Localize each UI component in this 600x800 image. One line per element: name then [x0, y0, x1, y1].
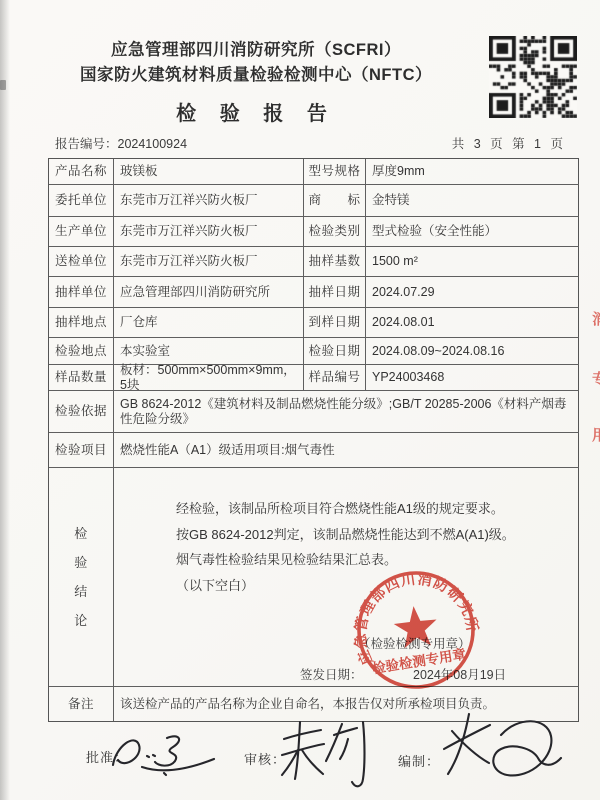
label-sampling-unit: 抽样单位	[49, 277, 114, 308]
report-table: 产品名称 玻镁板 型号规格 厚度9mm 委托单位 东莞市万江祥兴防火板厂 商 标…	[48, 158, 579, 722]
label-sample-number: 样品编号	[304, 365, 366, 391]
conclusion-char: 论	[74, 613, 88, 628]
value-product-name: 玻镁板	[114, 159, 304, 185]
official-seal-stamp: 应急管理部四川消防研究所 检验检测专用章	[346, 560, 486, 700]
report-page: 应急管理部四川消防研究所（SCFRI） 国家防火建筑材料质量检验检测中心（NFT…	[0, 0, 600, 800]
edge-seal-fragment: 消	[592, 308, 600, 329]
value-arrival-date: 2024.08.01	[366, 308, 579, 338]
label-trademark: 商 标	[304, 185, 366, 217]
conclusion-char: 验	[74, 555, 88, 570]
approve-signature	[104, 724, 222, 782]
report-header: 应急管理部四川消防研究所（SCFRI） 国家防火建筑材料质量检验检测中心（NFT…	[28, 38, 484, 126]
scan-edge-artifact	[0, 0, 10, 800]
value-inspection-type: 型式检验（安全性能）	[366, 217, 579, 247]
label-inspection-items: 检验项目	[49, 433, 114, 468]
edge-seal-fragment: 用	[592, 424, 600, 445]
conclusion-line-2: 按GB 8624-2012判定，该制品燃烧性能达到不燃A(A1)级。	[176, 522, 569, 548]
value-model-spec: 厚度9mm	[366, 159, 579, 185]
seal-star-icon	[392, 604, 439, 649]
value-manufacturer: 东莞市万江祥兴防火板厂	[114, 217, 304, 247]
label-manufacturer: 生产单位	[49, 217, 114, 247]
scan-speck-artifact	[0, 80, 6, 90]
conclusion-char: 检	[74, 526, 88, 541]
value-inspection-items: 燃烧性能A（A1）级适用项目:烟气毒性	[114, 433, 579, 468]
label-inspection-date: 检验日期	[304, 338, 366, 365]
label-submitting-unit: 送检单位	[49, 247, 114, 277]
label-product-name: 产品名称	[49, 159, 114, 185]
label-client-unit: 委托单位	[49, 185, 114, 217]
value-inspection-date: 2024.08.09~2024.08.16	[366, 338, 579, 365]
value-sampling-date: 2024.07.29	[366, 277, 579, 308]
label-remark: 备注	[49, 687, 114, 721]
label-inspection-place: 检验地点	[49, 338, 114, 365]
conclusion-line-1: 经检验，该制品所检项目符合燃烧性能A1级的规定要求。	[176, 496, 569, 522]
qr-code	[489, 36, 577, 118]
label-sampling-base: 抽样基数	[304, 247, 366, 277]
value-client-unit: 东莞市万江祥兴防火板厂	[114, 185, 304, 217]
label-sampling-place: 抽样地点	[49, 308, 114, 338]
label-model-spec: 型号规格	[304, 159, 366, 185]
label-arrival-date: 到样日期	[304, 308, 366, 338]
report-number: 报告编号：2024100924	[55, 134, 187, 152]
value-sampling-place: 厂仓库	[114, 308, 304, 338]
label-sampling-date: 抽样日期	[304, 277, 366, 308]
value-sampling-unit: 应急管理部四川消防研究所	[114, 277, 304, 308]
label-inspection-basis: 检验依据	[49, 391, 114, 433]
value-submitting-unit: 东莞市万江祥兴防火板厂	[114, 247, 304, 277]
label-sample-quantity: 样品数量	[49, 365, 114, 391]
prepare-signature	[434, 708, 566, 796]
conclusion-char: 结	[74, 584, 88, 599]
value-sample-quantity: 板材：500mm×500mm×9mm，5块	[114, 365, 304, 391]
label-inspection-conclusion: 检 验 结 论	[49, 468, 114, 687]
value-inspection-basis: GB 8624-2012《建筑材料及制品燃烧性能分级》;GB/T 20285-2…	[114, 391, 579, 433]
value-inspection-place: 本实验室	[114, 338, 304, 365]
review-signature	[278, 716, 378, 794]
org-name-line1: 应急管理部四川消防研究所（SCFRI）	[28, 38, 484, 63]
value-sampling-base: 1500 m²	[366, 247, 579, 277]
label-inspection-type: 检验类别	[304, 217, 366, 247]
org-name-line2: 国家防火建筑材料质量检验检测中心（NFTC）	[28, 63, 484, 88]
value-sample-number: YP24003468	[366, 365, 579, 391]
value-trademark: 金特镁	[366, 185, 579, 217]
edge-seal-fragment: 专	[592, 368, 600, 389]
page-count: 共 3 页 第 1 页	[452, 134, 566, 152]
report-title: 检 验 报 告	[28, 97, 484, 126]
